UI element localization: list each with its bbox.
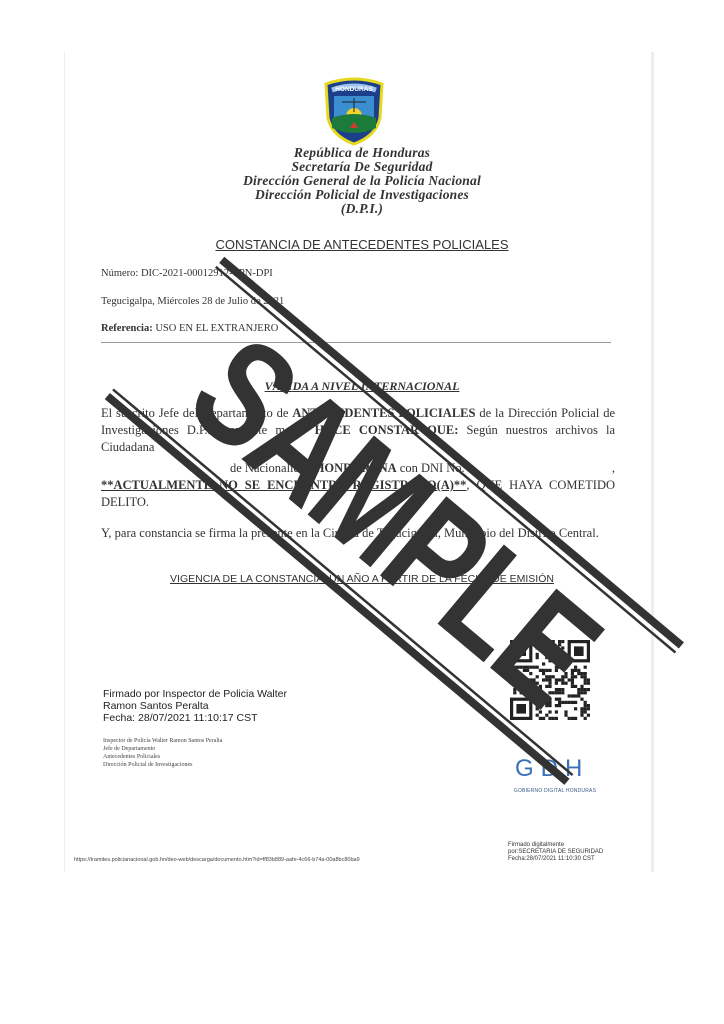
valida-heading: VÁLIDA A NIVEL INTERNACIONAL xyxy=(0,379,724,394)
police-crest-icon: HONDURAS xyxy=(322,76,386,146)
signed-line: Firmado por Inspector de Policia Walter xyxy=(103,688,287,700)
digital-signature-block: Firmado digitalmente por:SECRETARIA DE S… xyxy=(508,842,603,863)
body-bold: ANTECEDENTES POLICIALES xyxy=(292,406,475,420)
vigencia-text: VIGENCIA DE LA CONSTANCIA, UN AÑO A PART… xyxy=(170,573,554,585)
svg-text:HONDURAS: HONDURAS xyxy=(335,86,373,93)
header-dpi: (D.P.I.) xyxy=(0,202,724,216)
header-direccion-general: Dirección General de la Policía Nacional xyxy=(0,174,724,188)
place-date: Tegucigalpa, Miércoles 28 de Julio de 20… xyxy=(101,296,284,307)
signer-line: Jefe de Departamento xyxy=(103,745,222,753)
signed-line: Ramon Santos Peralta xyxy=(103,700,287,712)
body-paragraph-1: El suscrito Jefe del Departamento de ANT… xyxy=(101,405,615,456)
body-text: de Nacionalidad xyxy=(230,461,315,475)
document-title-text: CONSTANCIA DE ANTECEDENTES POLICIALES xyxy=(215,237,508,252)
signer-block: Inspector de Policía Walter Ramon Santos… xyxy=(103,737,222,769)
valida-text: VÁLIDA A NIVEL INTERNACIONAL xyxy=(265,379,460,393)
body-text: El suscrito Jefe del Departamento de xyxy=(101,406,292,420)
gdh-logo-subtitle: GOBIERNO DIGITAL HONDURAS xyxy=(505,788,605,794)
signer-line: Inspector de Policía Walter Ramon Santos… xyxy=(103,737,222,745)
referencia-value: USO EN EL EXTRANJERO xyxy=(155,323,278,334)
referencia-label: Referencia: xyxy=(101,323,153,334)
vigencia-line: VIGENCIA DE LA CONSTANCIA, UN AÑO A PART… xyxy=(0,573,724,585)
header-republica: República de Honduras xyxy=(0,146,724,160)
body-paragraph-3: **ACTUALMENTE NO SE ENCUENTRA REGISTRADO… xyxy=(101,477,615,511)
divider xyxy=(101,342,611,343)
gdh-logo: GDH xyxy=(515,755,587,783)
verification-url[interactable]: https://tramites.policianacional.gob.hn/… xyxy=(74,857,360,863)
closing-paragraph: Y, para constancia se firma la presente … xyxy=(101,525,615,542)
numero-label: Número: xyxy=(101,268,138,279)
body-text: con DNI No. xyxy=(397,461,465,475)
document-title: CONSTANCIA DE ANTECEDENTES POLICIALES xyxy=(0,237,724,252)
header-secretaria: Secretaría De Seguridad xyxy=(0,160,724,174)
body-bold: **ACTUALMENTE NO SE ENCUENTRA REGISTRADO… xyxy=(101,478,466,492)
body-bold: HACE CONSTAR QUE: xyxy=(315,423,459,437)
signed-date: Fecha: 28/07/2021 11:10:17 CST xyxy=(103,712,287,724)
numero-line: Número: DIC-2021-00012912-TPN-DPI xyxy=(101,268,273,279)
body-paragraph-2: de Nacionalidad HONDUREÑA con DNI No., xyxy=(230,460,615,477)
digsig-line: Fecha:28/07/2021 11:10:30 CST xyxy=(508,856,603,863)
qr-code[interactable] xyxy=(510,640,590,720)
referencia-line: Referencia: USO EN EL EXTRANJERO xyxy=(101,323,278,334)
signed-by-block: Firmado por Inspector de Policia Walter … xyxy=(103,688,287,724)
signer-line: Dirección Policial de Investigaciones xyxy=(103,761,222,769)
digsig-line: por:SECRETARIA DE SEGURIDAD xyxy=(508,849,603,856)
body-bold: HONDUREÑA xyxy=(315,461,397,475)
numero-value: DIC-2021-00012912-TPN-DPI xyxy=(141,268,273,279)
digsig-line: Firmado digitalmente xyxy=(508,842,603,849)
signer-line: Antecedentes Policiales xyxy=(103,753,222,761)
header-direccion-policial: Dirección Policial de Investigaciones xyxy=(0,188,724,202)
body-text: , xyxy=(612,460,615,477)
